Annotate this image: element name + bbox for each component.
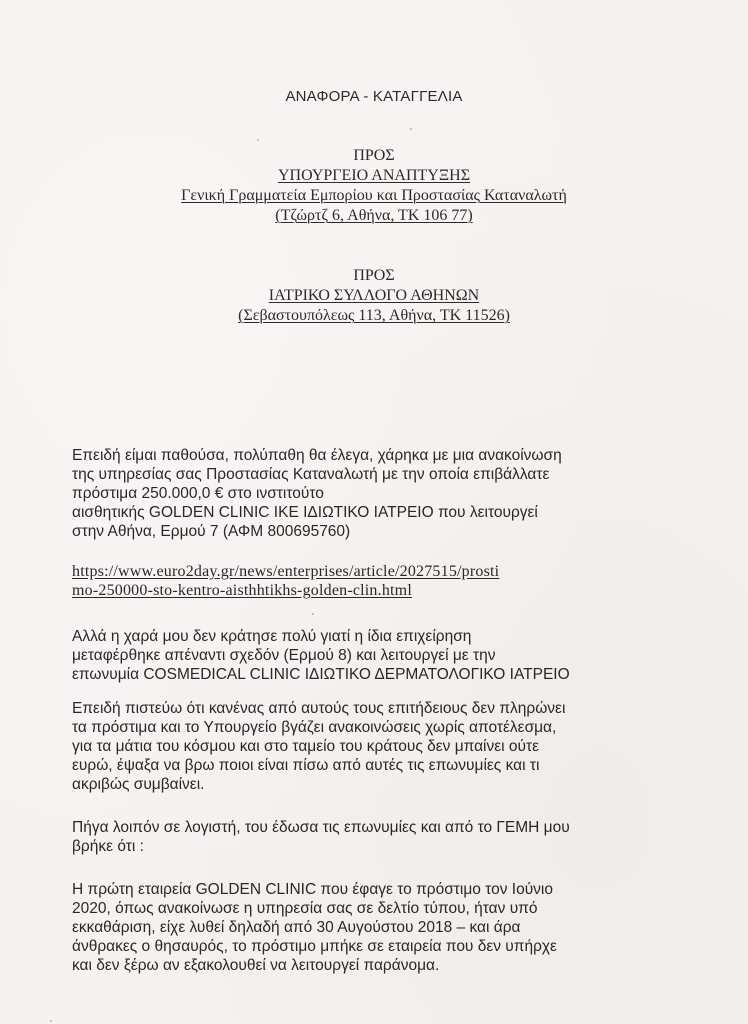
text-line: πρόστιμα 250.000,0 € στο ινστιτούτο — [72, 484, 692, 503]
text-line: εκκαθάριση, είχε λυθεί δηλαδή από 30 Αυγ… — [72, 918, 692, 937]
text-line: Αλλά η χαρά μου δεν κράτησε πολύ γιατί η… — [72, 627, 692, 646]
scan-speck — [312, 613, 314, 615]
addressee-address: (Τζώρτζ 6, Αθήνα, ΤΚ 106 77) — [275, 207, 472, 224]
text-line: και δεν ξέρω αν εξακολουθεί να λειτουργε… — [72, 956, 692, 975]
addressee-department: Γενική Γραμματεία Εμπορίου και Προστασία… — [181, 187, 567, 204]
link-line[interactable]: https://www.euro2day.gr/news/enterprises… — [72, 562, 692, 581]
paragraph-accountant: Πήγα λοιπόν σε λογιστή, του έδωσα τις επ… — [72, 818, 692, 856]
addressee-name: ΙΑΤΡΙΚΟ ΣΥΛΛΟΓΟ ΑΘΗΝΩΝ — [269, 287, 479, 304]
text-line: επωνυμία COSMEDICAL CLINIC ΙΔΙΩΤΙΚΟ ΔΕΡΜ… — [72, 665, 692, 684]
text-line: βρήκε ότι : — [72, 837, 692, 856]
addressee-name: ΥΠΟΥΡΓΕΙΟ ΑΝΑΠΤΥΞΗΣ — [278, 167, 470, 184]
paragraph-first-company: Η πρώτη εταιρεία GOLDEN CLINIC που έφαγε… — [72, 880, 692, 975]
scan-speck — [50, 1020, 52, 1022]
paragraph-fines-unpaid: Επειδή πιστεύω ότι κανένας από αυτούς το… — [72, 699, 692, 794]
text-line: άνθρακες ο θησαυρός, το πρόστιμο μπήκε σ… — [72, 937, 692, 956]
text-line: για τα μάτια του κόσμου και στο ταμείο τ… — [72, 737, 692, 756]
text-line: της υπηρεσίας σας Προστασίας Καταναλωτή … — [72, 465, 692, 484]
addressee-address: (Σεβαστουπόλεως 113, Αθήνα, ΤΚ 11526) — [238, 307, 510, 324]
scan-speck — [410, 128, 412, 130]
document-title: ΑΝΑΦΟΡΑ - ΚΑΤΑΓΓΕΛΙΑ — [0, 88, 748, 105]
article-link[interactable]: https://www.euro2day.gr/news/enterprises… — [72, 562, 692, 600]
text-line: Η πρώτη εταιρεία GOLDEN CLINIC που έφαγε… — [72, 880, 692, 899]
text-line: τα πρόστιμα και το Υπουργείο βγάζει ανακ… — [72, 718, 692, 737]
link-line[interactable]: mo-250000-sto-kentro-aisthhtikhs-golden-… — [72, 581, 692, 600]
scanned-document-page: ΑΝΑΦΟΡΑ - ΚΑΤΑΓΓΕΛΙΑ ΠΡΟΣ ΥΠΟΥΡΓΕΙΟ ΑΝΑΠ… — [0, 0, 748, 1024]
text-line: ακριβώς συμβαίνει. — [72, 775, 692, 794]
scan-speck — [257, 139, 259, 141]
to-label: ΠΡΟΣ — [0, 266, 748, 286]
addressee-ministry: ΠΡΟΣ ΥΠΟΥΡΓΕΙΟ ΑΝΑΠΤΥΞΗΣ Γενική Γραμματε… — [0, 146, 748, 226]
paragraph-relocation: Αλλά η χαρά μου δεν κράτησε πολύ γιατί η… — [72, 627, 692, 684]
addressee-medical-association: ΠΡΟΣ ΙΑΤΡΙΚΟ ΣΥΛΛΟΓΟ ΑΘΗΝΩΝ (Σεβαστουπόλ… — [0, 266, 748, 326]
text-line: Επειδή είμαι παθούσα, πολύπαθη θα έλεγα,… — [72, 446, 692, 465]
text-line: στην Αθήνα, Ερμού 7 (ΑΦΜ 800695760) — [72, 522, 692, 541]
text-line: μεταφέρθηκε απέναντι σχεδόν (Ερμού 8) κα… — [72, 646, 692, 665]
text-line: ευρώ, έψαξα να βρω ποιοι είναι πίσω από … — [72, 756, 692, 775]
paragraph-complaint-intro: Επειδή είμαι παθούσα, πολύπαθη θα έλεγα,… — [72, 446, 692, 541]
text-line: Πήγα λοιπόν σε λογιστή, του έδωσα τις επ… — [72, 818, 692, 837]
text-line: αισθητικής GOLDEN CLINIC ΙΚΕ ΙΔΙΩΤΙΚΟ ΙΑ… — [72, 503, 692, 522]
to-label: ΠΡΟΣ — [0, 146, 748, 166]
text-line: Επειδή πιστεύω ότι κανένας από αυτούς το… — [72, 699, 692, 718]
text-line: 2020, όπως ανακοίνωσε η υπηρεσία σας σε … — [72, 899, 692, 918]
